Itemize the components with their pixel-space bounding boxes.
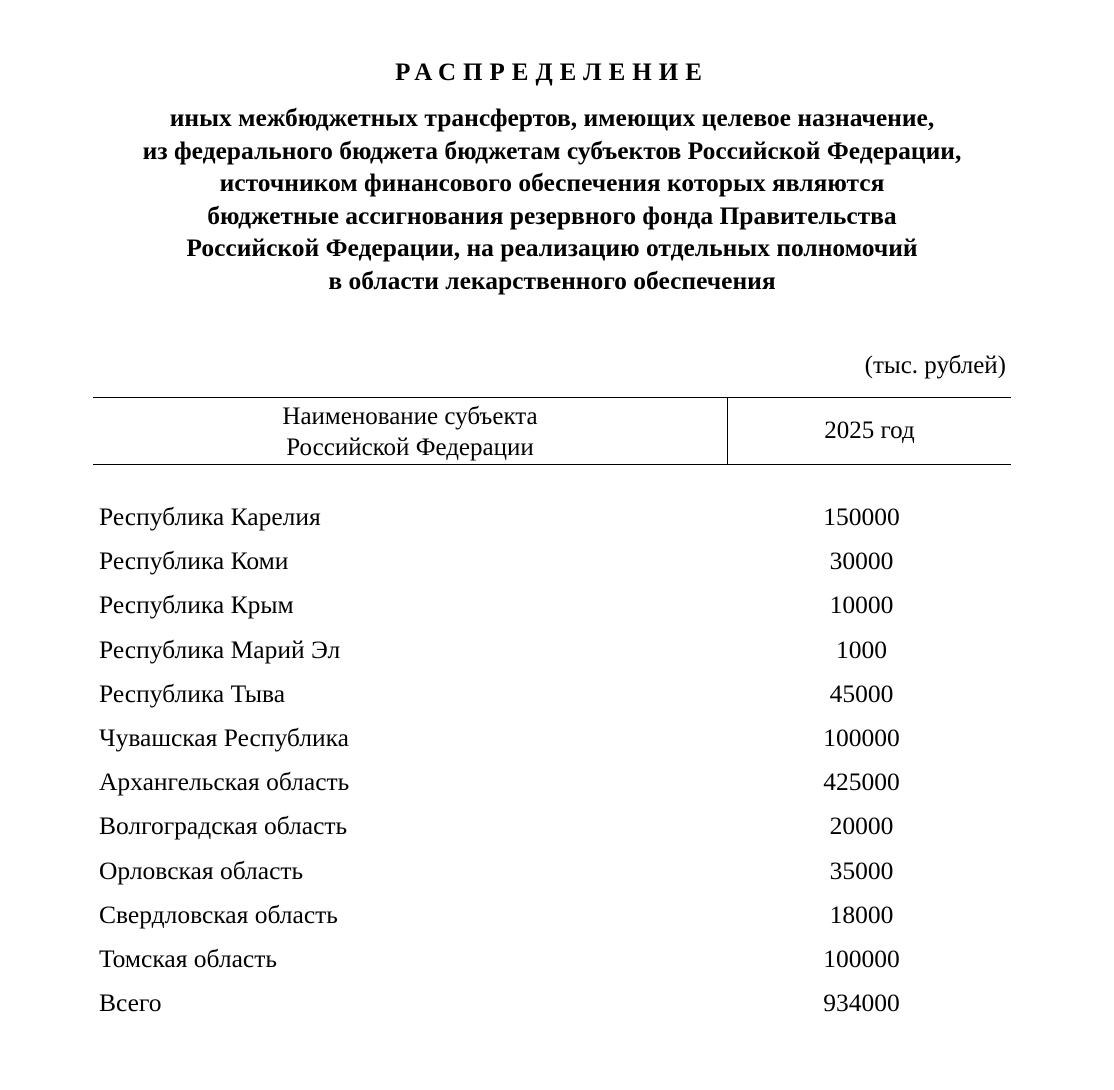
table-row: Республика Тыва45000 — [99, 672, 1011, 716]
row-amount: 100000 — [720, 723, 1003, 753]
row-subject-name: Свердловская область — [99, 900, 728, 930]
row-amount: 35000 — [720, 856, 1003, 886]
row-amount: 934000 — [720, 988, 1003, 1018]
row-subject-name: Волгоградская область — [99, 811, 728, 841]
row-subject-name: Республика Карелия — [99, 502, 728, 532]
document-subtitle: иных межбюджетных трансфертов, имеющих ц… — [0, 102, 1104, 297]
row-amount: 425000 — [720, 767, 1003, 797]
row-subject-name: Республика Марий Эл — [99, 635, 728, 665]
table-row: Республика Марий Эл1000 — [99, 628, 1011, 672]
row-subject-name: Республика Коми — [99, 546, 728, 576]
row-amount: 100000 — [720, 944, 1003, 974]
subtitle-line: бюджетные ассигнования резервного фонда … — [0, 200, 1104, 233]
table-row: Всего934000 — [99, 981, 1011, 1025]
table-body: Республика Карелия150000Республика Коми3… — [99, 495, 1011, 1025]
table-row: Свердловская область18000 — [99, 893, 1011, 937]
table-row: Томская область100000 — [99, 937, 1011, 981]
subtitle-line: в области лекарственного обеспечения — [0, 265, 1104, 298]
row-subject-name: Архангельская область — [99, 767, 728, 797]
row-amount: 1000 — [720, 635, 1003, 665]
header-year: 2025 год — [728, 398, 1011, 464]
subtitle-line: Российской Федерации, на реализацию отде… — [0, 232, 1104, 265]
row-subject-name: Республика Крым — [99, 590, 728, 620]
subtitle-line: иных межбюджетных трансфертов, имеющих ц… — [0, 102, 1104, 135]
row-amount: 150000 — [720, 502, 1003, 532]
row-amount: 20000 — [720, 811, 1003, 841]
row-subject-name: Республика Тыва — [99, 679, 728, 709]
document-title: РАСПРЕДЕЛЕНИЕ — [0, 58, 1104, 88]
row-subject-name: Всего — [99, 988, 728, 1018]
header-subject-name-line: Российской Федерации — [93, 432, 727, 463]
row-subject-name: Томская область — [99, 944, 728, 974]
row-amount: 45000 — [720, 679, 1003, 709]
table-row: Республика Крым10000 — [99, 583, 1011, 627]
row-subject-name: Чувашская Республика — [99, 723, 728, 753]
row-amount: 18000 — [720, 900, 1003, 930]
table-row: Орловская область35000 — [99, 849, 1011, 893]
table-row: Архангельская область425000 — [99, 760, 1011, 804]
row-subject-name: Орловская область — [99, 856, 728, 886]
table-header: Наименование субъекта Российской Федерац… — [93, 397, 1011, 465]
table-row: Волгоградская область20000 — [99, 804, 1011, 848]
table-row: Республика Коми30000 — [99, 539, 1011, 583]
header-subject-name: Наименование субъекта Российской Федерац… — [93, 398, 728, 464]
header-subject-name-line: Наименование субъекта — [93, 401, 727, 432]
table-row: Чувашская Республика100000 — [99, 716, 1011, 760]
subtitle-line: из федерального бюджета бюджетам субъект… — [0, 135, 1104, 168]
units-label: (тыс. рублей) — [865, 351, 1006, 381]
row-amount: 10000 — [720, 590, 1003, 620]
table-row: Республика Карелия150000 — [99, 495, 1011, 539]
row-amount: 30000 — [720, 546, 1003, 576]
subtitle-line: источником финансового обеспечения котор… — [0, 167, 1104, 200]
